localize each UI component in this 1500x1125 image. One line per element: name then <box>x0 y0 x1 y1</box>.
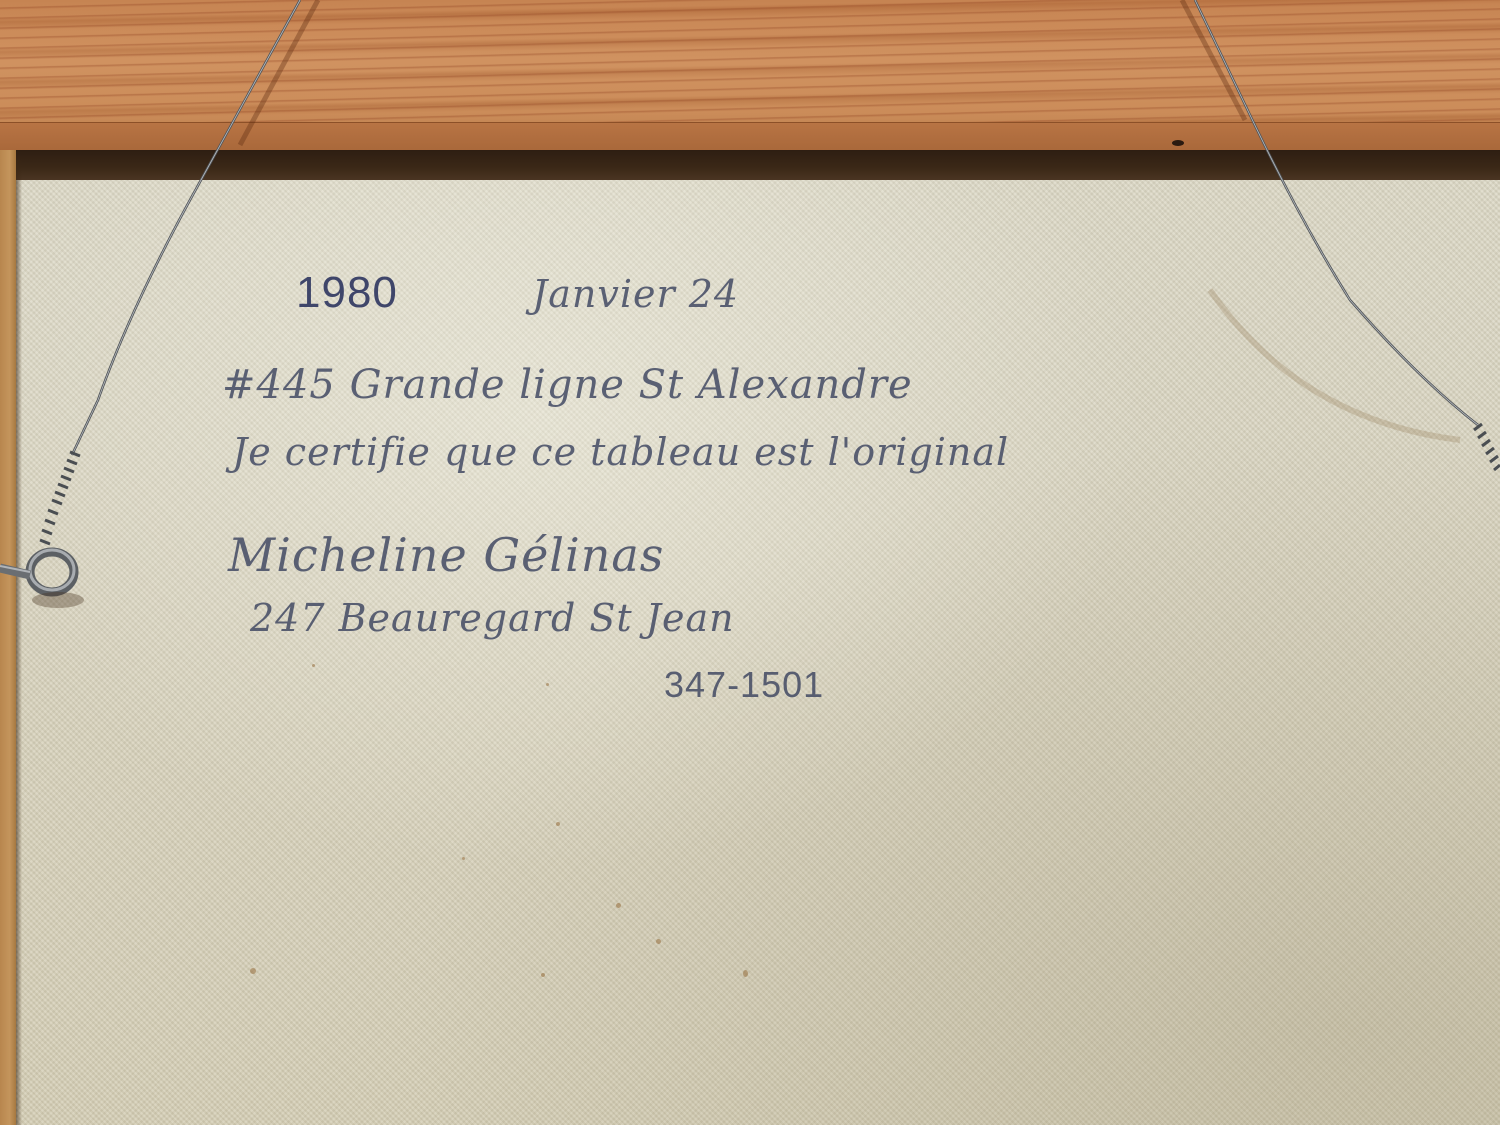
wire-twist-left <box>40 452 80 544</box>
wire-twist-right <box>1474 424 1500 470</box>
hanging-wire-icon <box>0 0 1500 1125</box>
painting-back-photo: 1980 Janvier 24 #445 Grande ligne St Ale… <box>0 0 1500 1125</box>
screw-eye-left <box>0 550 84 608</box>
